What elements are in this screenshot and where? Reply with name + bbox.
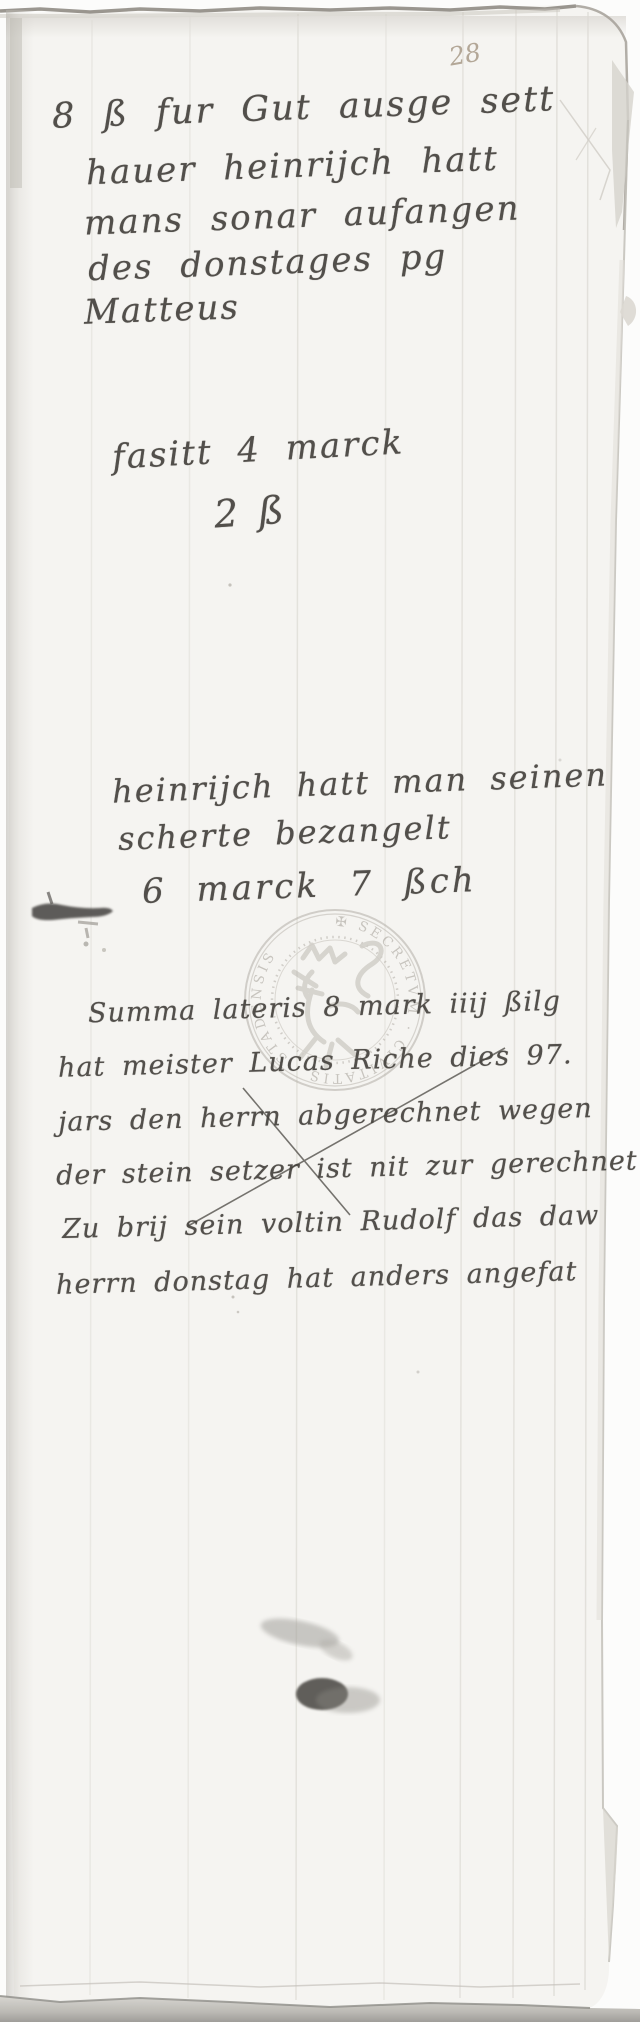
gutter-dark-strip [10, 18, 22, 188]
folio-number: 28 [447, 37, 483, 71]
manuscript-line: Matteus [83, 287, 240, 332]
top-torn-edge [0, 6, 626, 38]
manuscript-scan: ✠ SECRETVM · CIVITATIS · STADENSIS [0, 0, 640, 2022]
gutter-shadow [6, 10, 34, 2010]
manuscript-line: 2 ß [213, 487, 290, 536]
